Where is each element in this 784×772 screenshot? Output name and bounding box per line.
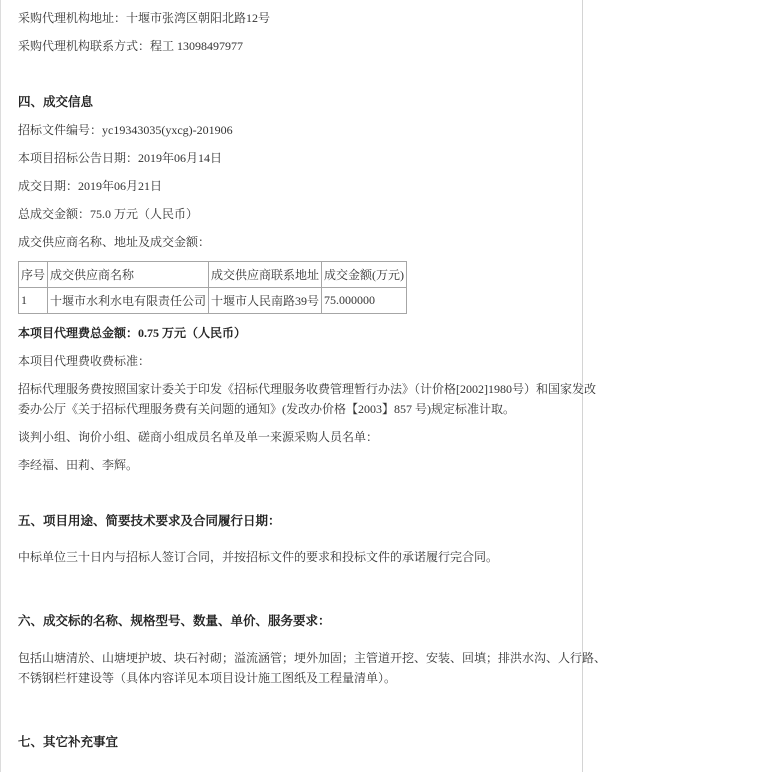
deal-date-label: 成交日期： — [18, 179, 78, 193]
tender-doc-number: 招标文件编号：yc19343035(yxcg)-201906 — [18, 120, 233, 140]
fee-standard-line-1: 招标代理服务费按照国家计委关于印发《招标代理服务收费管理暂行办法》（计价格[20… — [18, 379, 596, 399]
header-cell-no: 序号 — [19, 262, 48, 288]
total-deal-amount-label: 总成交金额： — [18, 207, 90, 221]
cell-amount: 75.000000 — [322, 288, 407, 314]
total-deal-amount-value: 75.0 万元（人民币） — [90, 207, 198, 221]
deal-date-value: 2019年06月21日 — [78, 179, 162, 193]
fee-standard-label: 本项目代理费收费标准： — [18, 351, 150, 371]
agency-address-value: 十堰市张湾区朝阳北路12号 — [126, 11, 270, 25]
tender-doc-number-value: yc19343035(yxcg)-201906 — [102, 123, 233, 137]
panel-members: 李经福、田莉、李辉。 — [18, 455, 138, 475]
section-4-heading: 四、成交信息 — [18, 92, 93, 112]
section-5-text: 中标单位三十日内与招标人签订合同，并按招标文件的要求和投标文件的承诺履行完合同。 — [18, 547, 498, 567]
total-deal-amount: 总成交金额：75.0 万元（人民币） — [18, 204, 198, 224]
header-cell-name: 成交供应商名称 — [48, 262, 209, 288]
panel-label: 谈判小组、询价小组、磋商小组成员名单及单一来源采购人员名单： — [18, 427, 378, 447]
supplier-table: 序号 成交供应商名称 成交供应商联系地址 成交金额(万元) 1 十堰市水利水电有… — [18, 261, 407, 314]
notice-date: 本项目招标公告日期：2019年06月14日 — [18, 148, 222, 168]
announcement-document: 采购代理机构地址：十堰市张湾区朝阳北路12号 采购代理机构联系方式：程工 130… — [0, 0, 583, 772]
deal-date: 成交日期：2019年06月21日 — [18, 176, 162, 196]
section-7-heading: 七、其它补充事宜 — [18, 732, 118, 752]
table-row: 1 十堰市水利水电有限责任公司 十堰市人民南路39号 75.000000 — [19, 288, 407, 314]
cell-supplier-name: 十堰市水利水电有限责任公司 — [48, 288, 209, 314]
section-5-heading: 五、项目用途、简要技术要求及合同履行日期： — [18, 511, 281, 531]
table-header-row: 序号 成交供应商名称 成交供应商联系地址 成交金额(万元) — [19, 262, 407, 288]
section-6-line-1: 包括山塘清於、山塘埂护坡、块石衬砌；溢流涵管；埂外加固；主管道开挖、安装、回填；… — [18, 648, 606, 668]
agency-contact: 采购代理机构联系方式：程工 13098497977 — [18, 36, 243, 56]
header-cell-address: 成交供应商联系地址 — [209, 262, 322, 288]
supplier-intro: 成交供应商名称、地址及成交金额： — [18, 232, 210, 252]
header-cell-amount: 成交金额(万元) — [322, 262, 407, 288]
agency-contact-value: 程工 13098497977 — [150, 39, 243, 53]
agency-address: 采购代理机构地址：十堰市张湾区朝阳北路12号 — [18, 8, 270, 28]
notice-date-label: 本项目招标公告日期： — [18, 151, 138, 165]
section-6-line-2: 不锈钢栏杆建设等（具体内容详见本项目设计施工图纸及工程量清单）。 — [18, 668, 396, 688]
agency-contact-label: 采购代理机构联系方式： — [18, 39, 150, 53]
cell-supplier-address: 十堰市人民南路39号 — [209, 288, 322, 314]
agency-address-label: 采购代理机构地址： — [18, 11, 126, 25]
fee-standard-line-2: 委办公厅《关于招标代理服务费有关问题的通知》(发改办价格【2003】857 号)… — [18, 399, 515, 419]
section-6-heading: 六、成交标的名称、规格型号、数量、单价、服务要求： — [18, 611, 331, 631]
tender-doc-number-label: 招标文件编号： — [18, 123, 102, 137]
notice-date-value: 2019年06月14日 — [138, 151, 222, 165]
agency-fee-total: 本项目代理费总金额：0.75 万元（人民币） — [18, 323, 246, 343]
cell-no: 1 — [19, 288, 48, 314]
